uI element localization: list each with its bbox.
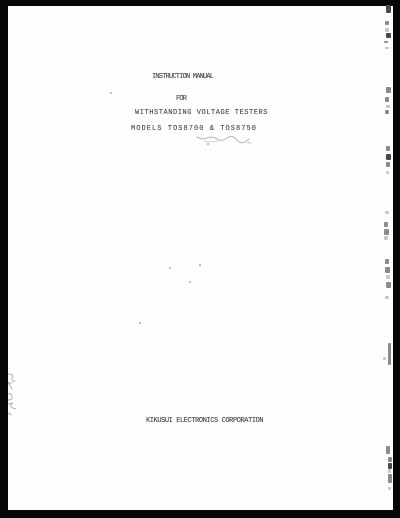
dust-speck <box>189 281 191 283</box>
title-line-1: INSTRUCTION MANUAL <box>152 74 213 81</box>
dust-speck <box>110 92 112 94</box>
binding-edge-mark <box>385 21 389 25</box>
binding-edge-mark <box>388 469 391 473</box>
binding-edge-mark <box>388 474 392 483</box>
binding-edge-mark <box>385 259 389 264</box>
company-name: KIKUSUI ELECTRONICS CORPORATION <box>146 418 263 425</box>
binding-edge-mark <box>386 171 389 174</box>
binding-edge-mark <box>386 446 390 454</box>
binding-edge-mark <box>385 296 389 299</box>
binding-edge-mark <box>385 211 389 214</box>
binding-edge-mark <box>383 357 386 360</box>
paper-sheet <box>8 6 393 510</box>
binding-edge-mark <box>386 146 390 151</box>
binding-edge-mark <box>386 105 390 108</box>
binding-edge-mark <box>385 97 389 102</box>
binding-edge-mark <box>388 343 391 365</box>
binding-edge-mark <box>386 33 391 38</box>
title-line-2: FOR <box>176 96 186 103</box>
binding-edge-mark <box>384 41 388 43</box>
handwritten-margin-note <box>8 370 28 420</box>
binding-edge-mark <box>388 457 392 462</box>
binding-edge-mark <box>386 154 391 160</box>
binding-edge-mark <box>385 47 389 49</box>
binding-edge-mark <box>384 236 388 240</box>
scanned-page: INSTRUCTION MANUAL FOR WITHSTANDING VOLT… <box>0 0 400 518</box>
dust-speck <box>207 143 209 145</box>
binding-edge-mark <box>385 28 389 32</box>
binding-edge-mark <box>385 267 390 273</box>
binding-edge-mark <box>386 282 391 288</box>
dust-speck <box>169 267 171 269</box>
dust-speck <box>199 264 201 266</box>
binding-edge-mark <box>386 5 391 13</box>
pencil-smudge <box>196 133 256 145</box>
title-line-3: WITHSTANDING VOLTAGE TESTERS <box>135 110 268 117</box>
binding-edge-mark <box>386 275 390 279</box>
binding-edge-mark <box>384 222 388 227</box>
binding-edge-mark <box>384 229 389 235</box>
dust-speck <box>139 322 141 324</box>
title-line-4-models: MODELS TOS8700 & TOS8750 <box>131 126 257 133</box>
binding-edge-mark <box>385 110 389 114</box>
binding-edge-mark <box>388 487 391 490</box>
binding-edge-mark <box>386 162 390 167</box>
binding-edge-mark <box>386 87 391 93</box>
